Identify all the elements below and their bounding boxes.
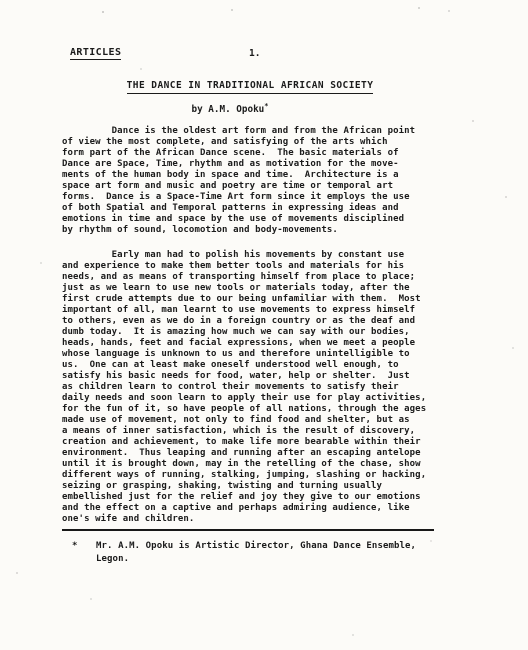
text-line: creation and achievement, to make life m… [62,437,502,448]
text-line: one's wife and children. [62,514,502,525]
text-line: and experience to make them better tools… [62,261,502,272]
footnote: * Mr. A.M. Opoku is Artistic Director, G… [62,540,482,566]
text-line: forms. Dance is a Space-Time Art form si… [62,192,502,203]
byline-text: by A.M. Opoku [192,104,265,115]
text-line: dumb today. It is amazing how much we ca… [62,327,502,338]
text-line: ments of the human body in space and tim… [62,170,502,181]
document-page: ARTICLES 1. THE DANCE IN TRADITIONAL AFR… [0,0,528,650]
text-line: daily needs and soon learn to apply thei… [62,393,502,404]
text-line: Dance are Space, Time, rhythm and as mot… [62,159,502,170]
text-line: important of all, man learnt to use move… [62,305,502,316]
text-line: Mr. A.M. Opoku is Artistic Director, Gha… [96,540,416,553]
text-line: emotions in time and space by the use of… [62,214,502,225]
footnote-text: Mr. A.M. Opoku is Artistic Director, Gha… [96,540,416,566]
text-line: space art form and music and poetry are … [62,181,502,192]
paragraph-2: Early man had to polish his movements by… [62,250,502,525]
footnote-reference-asterisk: * [264,102,268,110]
text-line: embellished just for the relief and joy … [62,492,502,503]
text-line: as children learn to control their movem… [62,382,502,393]
footnote-divider [62,529,434,531]
text-line: different ways of running, stalking, jum… [62,470,502,481]
text-line: seizing or grasping, shaking, twisting a… [62,481,502,492]
text-line: needs, and as means of transporting hims… [62,272,502,283]
text-line: of view the most complete, and satisfyin… [62,137,502,148]
text-line: us. One can at least make oneself unders… [62,360,502,371]
article-body: Dance is the oldest art form and from th… [62,126,502,525]
section-header: ARTICLES [70,47,121,60]
text-line: and the effect on a captive and perhaps … [62,503,502,514]
text-line: until it is brought down, may in the ret… [62,459,502,470]
article-title-text: THE DANCE IN TRADITIONAL AFRICAN SOCIETY [127,80,374,94]
text-line: a means of inner satisfaction, which is … [62,426,502,437]
text-line: by rhythm of sound, locomotion and body-… [62,225,502,236]
article-byline: by A.M. Opoku* [42,102,418,115]
text-line: form part of the African Dance scene. Th… [62,148,502,159]
footnote-marker-asterisk: * [62,540,96,566]
article-title: THE DANCE IN TRADITIONAL AFRICAN SOCIETY [62,80,438,91]
page-number: 1. [249,48,260,59]
text-line: to others, even as we do in a foreign co… [62,316,502,327]
text-line: of both Spatial and Temporal patterns in… [62,203,502,214]
text-line: environment. Thus leaping and running af… [62,448,502,459]
text-line: Dance is the oldest art form and from th… [62,126,502,137]
text-line: satisfy his basic needs for food, water,… [62,371,502,382]
text-line: first crude attempts due to our being un… [62,294,502,305]
text-line: made use of movement, not only to find f… [62,415,502,426]
paragraph-1: Dance is the oldest art form and from th… [62,126,502,236]
text-line: Legon. [96,553,416,566]
text-line: for the fun of it, so have people of all… [62,404,502,415]
text-line: just as we learn to use new tools or mat… [62,283,502,294]
text-line: whose language is unknown to us and ther… [62,349,502,360]
text-line: Early man had to polish his movements by… [62,250,502,261]
text-line: heads, hands, feet and facial expression… [62,338,502,349]
